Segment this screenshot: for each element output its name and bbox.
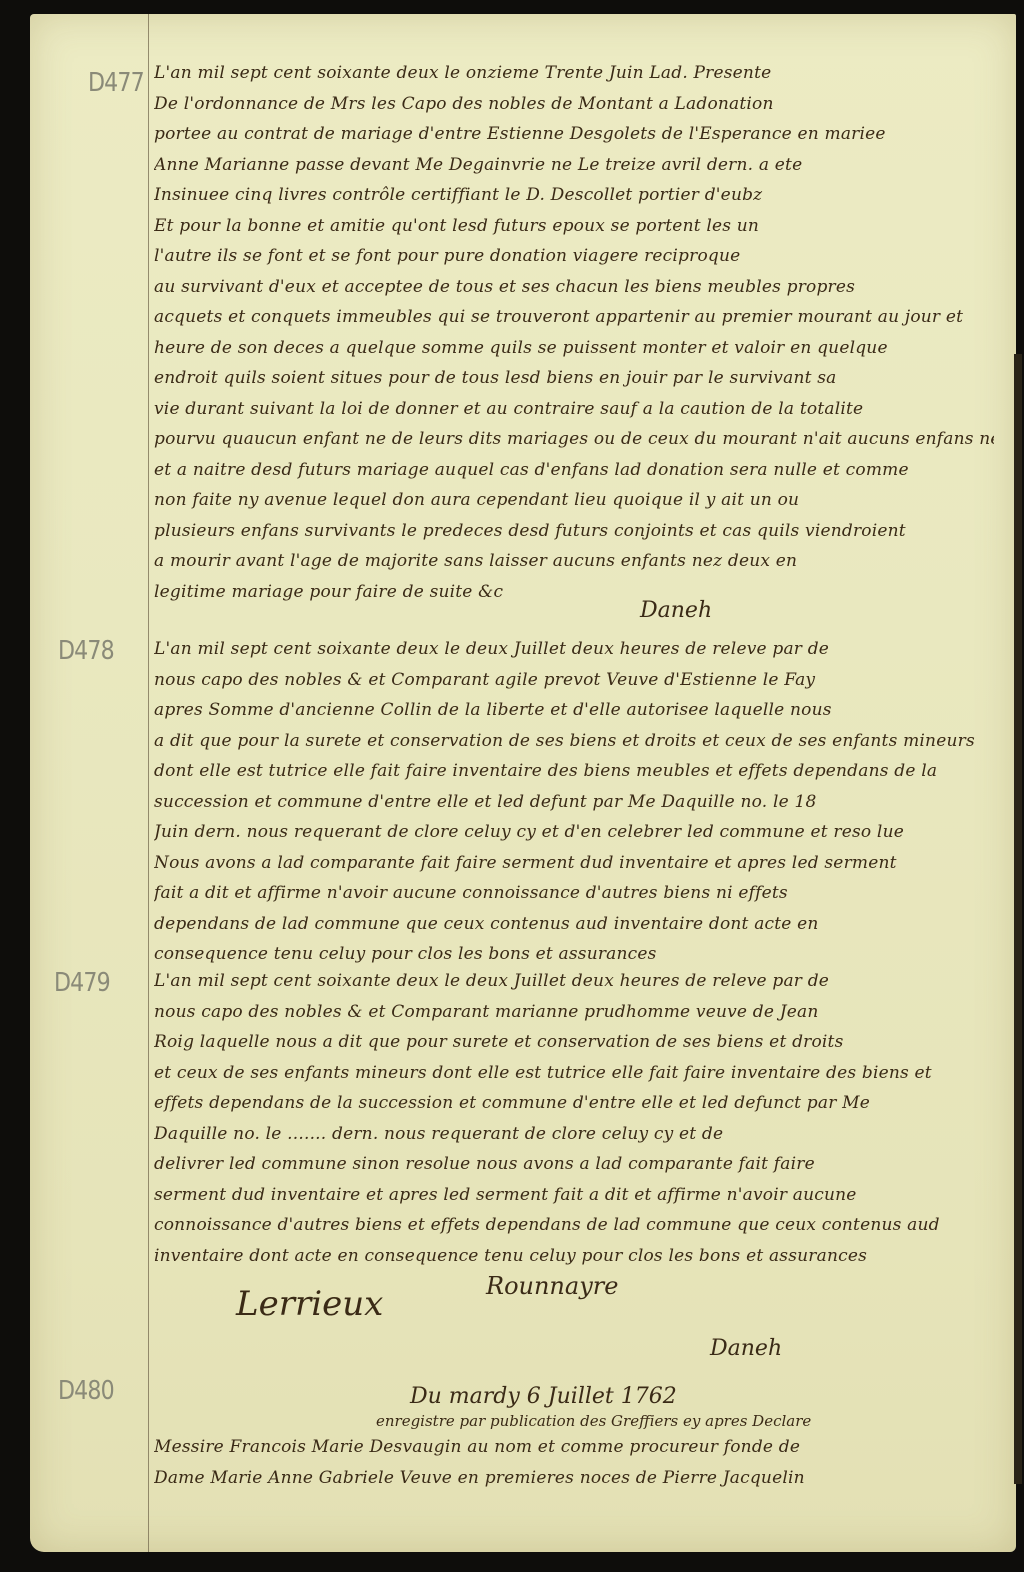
text-line: et ceux de ses enfants mineurs dont elle…: [154, 1058, 994, 1089]
text-line: Daquille no. le ....... dern. nous reque…: [154, 1119, 994, 1150]
text-line: Dame Marie Anne Gabriele Veuve en premie…: [154, 1463, 994, 1494]
entry-date-heading: Du mardy 6 Juillet 1762: [410, 1384, 677, 1409]
text-line: a dit que pour la surete et conservation…: [154, 726, 994, 757]
entry-d480: Messire Francois Marie Desvaugin au nom …: [154, 1432, 994, 1493]
signature: Daneh: [710, 1336, 782, 1361]
text-line: nous capo des nobles & et Comparant mari…: [154, 997, 994, 1028]
text-line: plusieurs enfans survivants le predeces …: [154, 516, 994, 547]
text-line: L'an mil sept cent soixante deux le onzi…: [154, 58, 994, 89]
margin-rule: [148, 14, 149, 1552]
text-line: Et pour la bonne et amitie qu'ont lesd f…: [154, 211, 994, 242]
text-line: dependans de lad commune que ceux conten…: [154, 909, 994, 940]
text-line: au survivant d'eux et acceptee de tous e…: [154, 272, 994, 303]
text-line: portee au contrat de mariage d'entre Est…: [154, 119, 994, 150]
text-line: vie durant suivant la loi de donner et a…: [154, 394, 994, 425]
text-line: Roig laquelle nous a dit que pour surete…: [154, 1027, 994, 1058]
text-line: inventaire dont acte en consequence tenu…: [154, 1241, 994, 1272]
text-line: et a naitre desd futurs mariage auquel c…: [154, 455, 994, 486]
text-line: apres Somme d'ancienne Collin de la libe…: [154, 695, 994, 726]
text-line: succession et commune d'entre elle et le…: [154, 787, 994, 818]
manuscript-page: D477 L'an mil sept cent soixante deux le…: [30, 14, 1016, 1552]
signature: Lerrieux: [236, 1284, 383, 1324]
entry-label-d477: D477: [88, 68, 144, 98]
entry-d479: L'an mil sept cent soixante deux le deux…: [154, 966, 994, 1271]
text-line: serment dud inventaire et apres led serm…: [154, 1180, 994, 1211]
text-line: Messire Francois Marie Desvaugin au nom …: [154, 1432, 994, 1463]
entry-subheading: enregistre par publication des Greffiers…: [376, 1412, 811, 1430]
text-line: connoissance d'autres biens et effets de…: [154, 1210, 994, 1241]
text-line: pourvu quaucun enfant ne de leurs dits m…: [154, 424, 994, 455]
text-line: non faite ny avenue lequel don aura cepe…: [154, 485, 994, 516]
text-line: consequence tenu celuy pour clos les bon…: [154, 939, 994, 970]
text-line: delivrer led commune sinon resolue nous …: [154, 1149, 994, 1180]
entry-d478: L'an mil sept cent soixante deux le deux…: [154, 634, 994, 970]
text-line: l'autre ils se font et se font pour pure…: [154, 241, 994, 272]
text-line: Insinuee cinq livres contrôle certiffian…: [154, 180, 994, 211]
text-line: Juin dern. nous requerant de clore celuy…: [154, 817, 994, 848]
text-line: nous capo des nobles & et Comparant agil…: [154, 665, 994, 696]
text-line: legitime mariage pour faire de suite &c: [154, 577, 994, 608]
text-line: De l'ordonnance de Mrs les Capo des nobl…: [154, 89, 994, 120]
entry-label-d479: D479: [54, 968, 110, 998]
text-line: acquets et conquets immeubles qui se tro…: [154, 302, 994, 333]
signature: Rounnayre: [486, 1272, 618, 1300]
entry-label-d480: D480: [58, 1376, 114, 1406]
text-line: dont elle est tutrice elle fait faire in…: [154, 756, 994, 787]
text-line: L'an mil sept cent soixante deux le deux…: [154, 634, 994, 665]
text-line: fait a dit et affirme n'avoir aucune con…: [154, 878, 994, 909]
text-line: effets dependans de la succession et com…: [154, 1088, 994, 1119]
entry-label-d478: D478: [58, 636, 114, 666]
text-line: L'an mil sept cent soixante deux le deux…: [154, 966, 994, 997]
entry-d477: L'an mil sept cent soixante deux le onzi…: [154, 58, 994, 607]
text-line: a mourir avant l'age de majorite sans la…: [154, 546, 994, 577]
text-line: heure de son deces a quelque somme quils…: [154, 333, 994, 364]
signature: Daneh: [640, 598, 712, 623]
text-line: Nous avons a lad comparante fait faire s…: [154, 848, 994, 879]
text-line: endroit quils soient situes pour de tous…: [154, 363, 994, 394]
text-line: Anne Marianne passe devant Me Degainvrie…: [154, 150, 994, 181]
